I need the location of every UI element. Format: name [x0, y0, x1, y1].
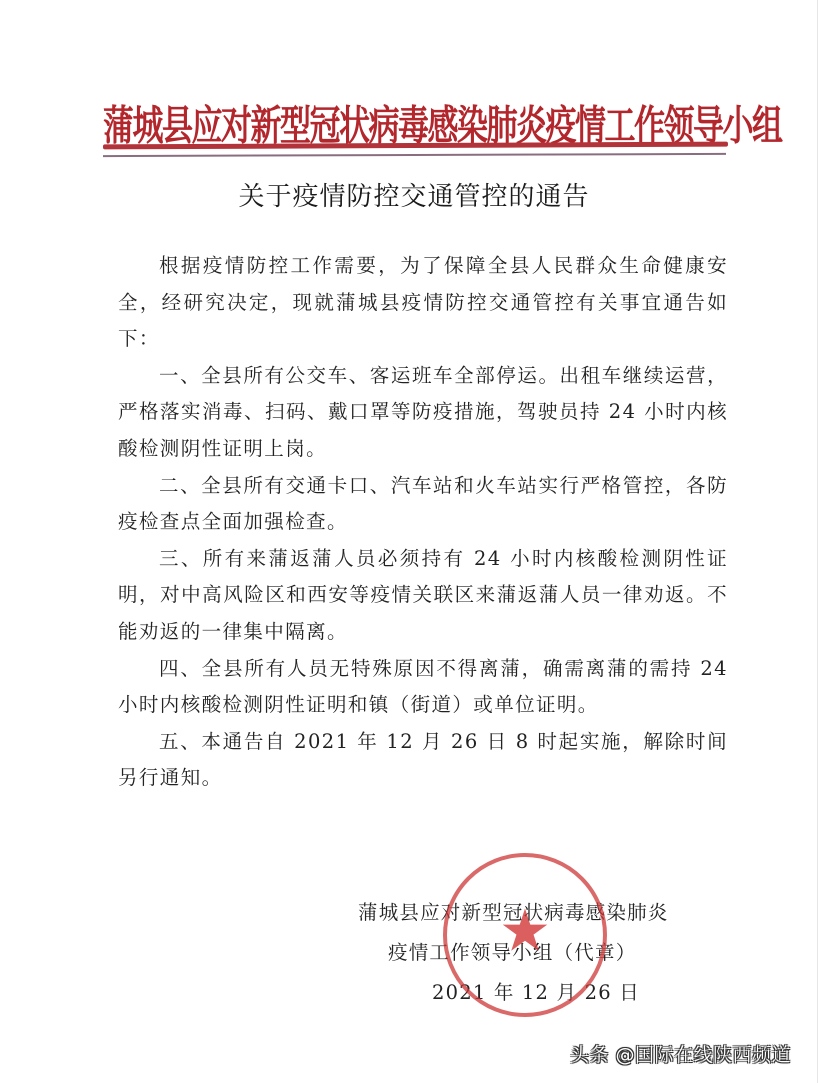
clause-1-paragraph: 一、全县所有公交车、客运班车全部停运。出租车继续运营，严格落实消毒、扫码、戴口罩…	[118, 358, 728, 468]
source-watermark: 头条 @国际在线陕西频道	[570, 1040, 791, 1067]
page-edge-divider	[817, 0, 818, 1083]
clause-2-paragraph: 二、全县所有交通卡口、汽车站和火车站实行严格管控，各防疫检查点全面加强检查。	[118, 468, 728, 541]
signature-issuer-line-2: 疫情工作领导小组（代章）	[340, 933, 740, 973]
clause-3-paragraph: 三、所有来蒲返蒲人员必须持有 24 小时内核酸检测阴性证明，对中高风险区和西安等…	[118, 541, 728, 651]
clause-4-paragraph: 四、全县所有人员无特殊原因不得离蒲，确需离蒲的需持 24 小时内核酸检测阴性证明…	[118, 651, 728, 724]
intro-paragraph: 根据疫情防控工作需要，为了保障全县人民群众生命健康安全，经研究决定，现就蒲城县疫…	[118, 248, 728, 358]
document-page: 蒲城县应对新型冠状病毒感染肺炎疫情工作领导小组 关于疫情防控交通管控的通告 根据…	[0, 0, 828, 1083]
clause-5-paragraph: 五、本通告自 2021 年 12 月 26 日 8 时起实施，解除时间另行通知。	[118, 724, 728, 797]
notice-body: 根据疫情防控工作需要，为了保障全县人民群众生命健康安全，经研究决定，现就蒲城县疫…	[118, 248, 728, 797]
signature-date: 2021 年 12 月 26 日	[340, 973, 740, 1013]
notice-title: 关于疫情防控交通管控的通告	[0, 176, 828, 213]
signature-issuer-line-1: 蒲城县应对新型冠状病毒感染肺炎	[340, 893, 740, 933]
red-header-rule-thin	[103, 153, 726, 157]
signature-block: 蒲城县应对新型冠状病毒感染肺炎 疫情工作领导小组（代章） 2021 年 12 月…	[340, 893, 740, 1013]
